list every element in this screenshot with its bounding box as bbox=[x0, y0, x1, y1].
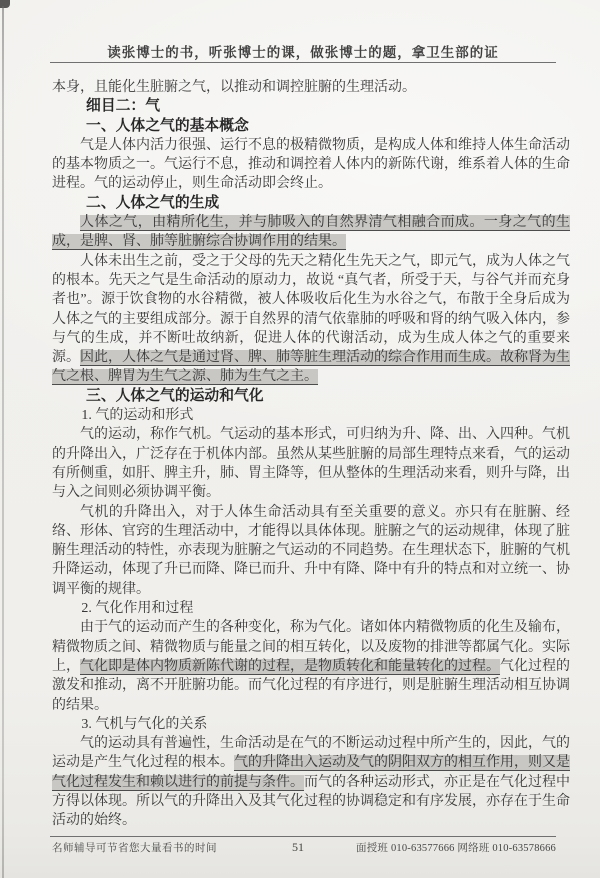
paragraph-6: 由于气的运动而产生的各种变化，称为气化。诸如体内精微物质的化生及输布，精微物质之… bbox=[52, 618, 570, 714]
paragraph-5: 气机的升降出入，对于人体生命活动具有至关重要的意义。亦只有在脏腑、经络、形体、官… bbox=[52, 503, 570, 599]
paragraph-3-plain: 人体未出生之前，受之于父母的先天之精化生先天之气，即元气，成为人体之气的根本。先… bbox=[52, 254, 570, 365]
scan-spine-edge bbox=[2, 6, 4, 878]
paragraph-4: 气的运动，称作气机。气运动的基本形式，可归纳为升、降、出、入四种。气机的升降出入… bbox=[52, 425, 570, 502]
subject-heading: 细目二：气 bbox=[52, 97, 570, 116]
intro-continuation-line: 本身，且能化生脏腑之气，以推动和调控脏腑的生理活动。 bbox=[52, 78, 570, 97]
footer-contact-numbers: 面授班 010-63577666 网络班 010-63578666 bbox=[318, 840, 556, 855]
footer-left-note: 名师辅导可节省您大量看书的时间 bbox=[52, 840, 290, 855]
page-number: 51 bbox=[284, 840, 312, 855]
paragraph-2: 人体之气，由精所化生，并与肺吸入的自然界清气相融合而成。一身之气的生成，是脾、肾… bbox=[52, 213, 570, 252]
highlighted-text: 因此，人体之气是通过肾、脾、肺等脏生理活动的综合作用而生成。故称肾为生气之根、脾… bbox=[52, 350, 570, 384]
section-heading-3: 三、人体之气的运动和气化 bbox=[52, 387, 570, 406]
footer-divider bbox=[50, 836, 556, 837]
paragraph-3: 人体未出生之前，受之于父母的先天之精化生先天之气，即元气，成为人体之气的根本。先… bbox=[52, 252, 570, 387]
subheading-1: 1. 气的运动和形式 bbox=[52, 406, 570, 425]
section-heading-2: 二、人体之气的生成 bbox=[52, 194, 570, 213]
paragraph-1: 气是人体内活力很强、运行不息的极精微物质，是构成人体和维持人体生命活动的基本物质… bbox=[52, 136, 570, 194]
section-heading-1: 一、人体之气的基本概念 bbox=[52, 117, 570, 136]
subheading-2: 2. 气化作用和过程 bbox=[52, 599, 570, 618]
page-body: 本身，且能化生脏腑之气，以推动和调控脏腑的生理活动。 细目二：气 一、人体之气的… bbox=[52, 78, 570, 831]
highlighted-text: 气化即是体内物质新陈代谢的过程，是物质转化和能量转化的过程。 bbox=[80, 659, 500, 674]
scanned-book-page: 读张博士的书，听张博士的课，做张博士的题，拿卫生部的证 本身，且能化生脏腑之气，… bbox=[0, 0, 600, 878]
page-header-slogan: 读张博士的书，听张博士的课，做张博士的题，拿卫生部的证 bbox=[50, 41, 556, 61]
paragraph-7: 气的运动具有普遍性，生命活动是在气的不断运动过程中所产生的，因此，气的运动是产生… bbox=[52, 734, 570, 830]
page-footer: 名师辅导可节省您大量看书的时间 51 面授班 010-63577666 网络班 … bbox=[52, 840, 556, 855]
header-divider bbox=[50, 62, 556, 63]
subheading-3: 3. 气机与气化的关系 bbox=[52, 715, 570, 734]
highlighted-text: 人体之气，由精所化生，并与肺吸入的自然界清气相融合而成。一身之气的生成，是脾、肾… bbox=[52, 215, 570, 249]
